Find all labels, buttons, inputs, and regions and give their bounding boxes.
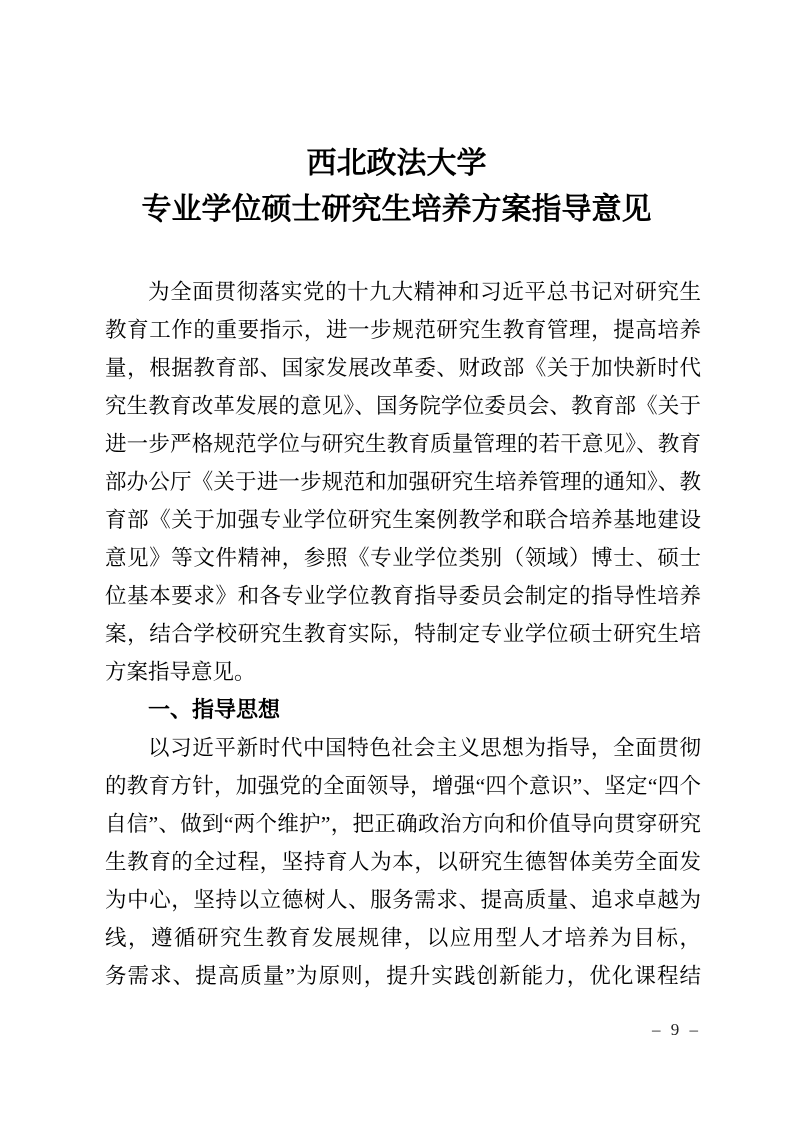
document-title-line-1: 西北政法大学 (0, 141, 793, 187)
text-line: 量，根据教育部、国家发展改革委、财政部《关于加快新时代研 (105, 349, 701, 387)
text-line: 生教育的全过程，坚持育人为本，以研究生德智体美劳全面发展 (105, 843, 701, 881)
document-title: 西北政法大学 专业学位硕士研究生培养方案指导意见 (0, 141, 793, 233)
section-heading: 一、指导思想 (105, 691, 701, 729)
document-body: 为全面贯彻落实党的十九大精神和习近平总书记对研究生教育工作的重要指示，进一步规范… (105, 273, 701, 995)
text-line: 案，结合学校研究生教育实际，特制定专业学位硕士研究生培养 (105, 615, 701, 653)
paragraph: 为全面贯彻落实党的十九大精神和习近平总书记对研究生教育工作的重要指示，进一步规范… (105, 273, 701, 691)
document-page: 西北政法大学 专业学位硕士研究生培养方案指导意见 为全面贯彻落实党的十九大精神和… (0, 0, 793, 1122)
paragraph: 以习近平新时代中国特色社会主义思想为指导，全面贯彻党的教育方针，加强党的全面领导… (105, 729, 701, 995)
text-line: 育部《关于加强专业学位研究生案例教学和联合培养基地建设的 (105, 501, 701, 539)
text-line: 为中心，坚持以立德树人、服务需求、提高质量、追求卓越为主 (105, 881, 701, 919)
text-line: 的教育方针，加强党的全面领导，增强“四个意识”、坚定“四个 (105, 767, 701, 805)
text-line: 自信”、做到“两个维护”，把正确政治方向和价值导向贯穿研究 (105, 805, 701, 843)
text-line: 为全面贯彻落实党的十九大精神和习近平总书记对研究生 (105, 273, 701, 311)
text-line: 以习近平新时代中国特色社会主义思想为指导，全面贯彻党 (105, 729, 701, 767)
text-line: 方案指导意见。 (105, 653, 701, 691)
page-number: – 9 – (105, 1020, 701, 1040)
text-line: 务需求、提高质量”为原则，提升实践创新能力，优化课程结构， (105, 957, 701, 995)
text-line: 究生教育改革发展的意见》、国务院学位委员会、教育部《关于 (105, 387, 701, 425)
text-line: 线，遵循研究生教育发展规律，以应用型人才培养为目标，以“服 (105, 919, 701, 957)
document-title-line-2: 专业学位硕士研究生培养方案指导意见 (0, 187, 793, 233)
text-line: 部办公厅《关于进一步规范和加强研究生培养管理的通知》、教 (105, 463, 701, 501)
text-line: 位基本要求》和各专业学位教育指导委员会制定的指导性培养方 (105, 577, 701, 615)
text-line: 教育工作的重要指示，进一步规范研究生教育管理，提高培养质 (105, 311, 701, 349)
text-line: 意见》等文件精神，参照《专业学位类别（领域）博士、硕士学 (105, 539, 701, 577)
text-line: 进一步严格规范学位与研究生教育质量管理的若干意见》、教育 (105, 425, 701, 463)
